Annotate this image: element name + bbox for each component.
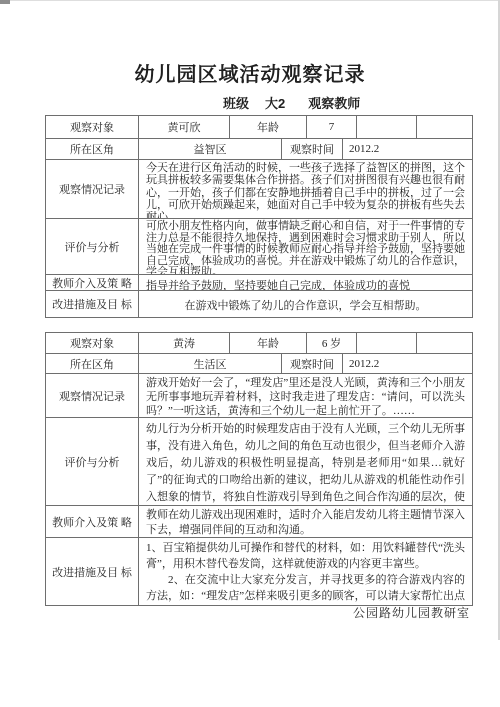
- table-row: 所在区角 生活区 观察时间 2012.2: [46, 353, 472, 373]
- improvement-label: 改进措施及目 标: [46, 291, 138, 317]
- table-row: 观察对象 黄涛 年龄 6 岁: [46, 333, 472, 353]
- strategy-text: 教师在幼儿游戏出现困难时，适时介入能启发幼儿将主题情节深入下去，增强同伴间的互动…: [138, 506, 472, 537]
- table-row: 观察情况记录 游戏开始好一会了，“理发店”里还是没人光顾，黄涛和三个小朋友无所事…: [46, 373, 472, 417]
- page-title: 幼儿园区域活动观察记录: [0, 58, 500, 87]
- improvement-label: 改进措施及目 标: [46, 538, 138, 605]
- improvement-item-1: 1、百宝箱提供幼儿可操作和替代的材料，如：用饮料罐替代“洗头膏”，用积木替代卷发…: [146, 540, 465, 572]
- empty-cell: [416, 333, 472, 353]
- paragraph: 指导并给予鼓励，坚持要她自己完成，体验成功的喜悦: [146, 277, 465, 290]
- area-label: 所在区角: [46, 139, 138, 159]
- paragraph: 今天在进行区角活动的时候，一些孩子选择了益智区的拼图，这个玩具拼板较多需要集体合…: [146, 162, 465, 218]
- age-label: 年龄: [229, 116, 306, 138]
- area-label: 所在区角: [46, 354, 138, 373]
- table-row: 教师介入及策 略 指导并给予鼓励，坚持要她自己完成，体验成功的喜悦: [46, 274, 472, 290]
- table-row: 评价与分析 幼儿行为分析开始的时候理发店由于没有人光顾，三个幼儿无所事事，没有进…: [46, 417, 472, 505]
- age-label: 年龄: [229, 333, 306, 353]
- improvement-text: 在游戏中锻炼了幼儿的合作意识，学会互相帮助。: [138, 291, 472, 317]
- strategy-text: 指导并给予鼓励，坚持要她自己完成，体验成功的喜悦: [138, 275, 472, 290]
- improvement-text: 1、百宝箱提供幼儿可操作和替代的材料，如：用饮料罐替代“洗头膏”，用积木替代卷发…: [138, 538, 472, 605]
- footer-signature: 公园路幼儿园教研室: [0, 604, 470, 621]
- observe-time-label: 观察时间: [281, 354, 342, 373]
- table-row: 评价与分析 可欣小朋友性格内向，做事情缺乏耐心和自信，对于一件事情的专注力总是不…: [46, 218, 472, 274]
- student-name: 黄涛: [138, 333, 229, 353]
- record-text: 今天在进行区角活动的时候，一些孩子选择了益智区的拼图，这个玩具拼板较多需要集体合…: [138, 160, 472, 218]
- observe-time-value: 2012.2: [342, 139, 472, 159]
- record-label: 观察情况记录: [46, 374, 138, 417]
- table-row: 所在区角 益智区 观察时间 2012.2: [46, 138, 472, 159]
- record-label: 观察情况记录: [46, 160, 138, 218]
- analysis-label: 评价与分析: [46, 219, 138, 274]
- empty-cell: [356, 116, 416, 138]
- record-text: 游戏开始好一会了，“理发店”里还是没人光顾，黄涛和三个小朋友无所事事地玩弄着材料…: [138, 374, 472, 417]
- table-row: 观察情况记录 今天在进行区角活动的时候，一些孩子选择了益智区的拼图，这个玩具拼板…: [46, 159, 472, 218]
- observation-table-1: 观察对象 黄可欣 年龄 7 所在区角 益智区 观察时间 2012.2 观察情况记…: [45, 115, 473, 318]
- observe-time-value: 2012.2: [342, 354, 472, 373]
- teacher-label: 观察教师: [308, 93, 360, 112]
- observe-target-label: 观察对象: [46, 333, 138, 353]
- analysis-text: 幼儿行为分析开始的时候理发店由于没有人光顾，三个幼儿无所事事，没有进入角色，幼儿…: [138, 418, 472, 505]
- strategy-label: 教师介入及策 略: [46, 506, 138, 537]
- empty-cell: [356, 333, 416, 353]
- observation-table-2: 观察对象 黄涛 年龄 6 岁 所在区角 生活区 观察时间 2012.2 观察情况…: [45, 332, 473, 606]
- paragraph: 幼儿行为分析开始的时候理发店由于没有人光顾，三个幼儿无所事事，没有进入角色，幼儿…: [146, 421, 465, 505]
- observe-target-label: 观察对象: [46, 116, 138, 138]
- class-label: 班级: [223, 93, 249, 112]
- table-row: 观察对象 黄可欣 年龄 7: [46, 116, 472, 138]
- observe-time-label: 观察时间: [281, 139, 342, 159]
- analysis-text: 可欣小朋友性格内向，做事情缺乏耐心和自信，对于一件事情的专注力总是不能很持久地保…: [138, 219, 472, 274]
- table-row: 改进措施及目 标 在游戏中锻炼了幼儿的合作意识，学会互相帮助。: [46, 290, 472, 317]
- analysis-label: 评价与分析: [46, 418, 138, 505]
- age-value: 6 岁: [306, 333, 356, 353]
- age-value: 7: [306, 116, 356, 138]
- area-value: 生活区: [138, 354, 281, 373]
- strategy-label: 教师介入及策 略: [46, 275, 138, 290]
- area-value: 益智区: [138, 139, 281, 159]
- paragraph: 可欣小朋友性格内向，做事情缺乏耐心和自信，对于一件事情的专注力总是不能很持久地保…: [146, 221, 465, 274]
- paragraph: 游戏开始好一会了，“理发店”里还是没人光顾，黄涛和三个小朋友无所事事地玩弄着材料…: [146, 376, 465, 417]
- improvement-item-2: 2、在交流中让大家充分发言，并寻找更多的符合游戏内容的方法，如：“理发店”怎样来…: [146, 572, 465, 605]
- scan-edge-top: [0, 0, 500, 1]
- paragraph: 教师在幼儿游戏出现困难时，适时介入能启发幼儿将主题情节深入下去，增强同伴间的互动…: [146, 508, 465, 537]
- table-row: 改进措施及目 标 1、百宝箱提供幼儿可操作和替代的材料，如：用饮料罐替代“洗头膏…: [46, 537, 472, 605]
- empty-cell: [416, 116, 472, 138]
- table-row: 教师介入及策 略 教师在幼儿游戏出现困难时，适时介入能启发幼儿将主题情节深入下去…: [46, 505, 472, 537]
- class-teacher-line: 班级 大2 观察教师: [223, 93, 360, 112]
- class-value: 大2: [265, 93, 285, 112]
- student-name: 黄可欣: [138, 116, 229, 138]
- paragraph: 在游戏中锻炼了幼儿的合作意识，学会互相帮助。: [185, 297, 427, 313]
- scan-corner-mark: [0, 0, 10, 4]
